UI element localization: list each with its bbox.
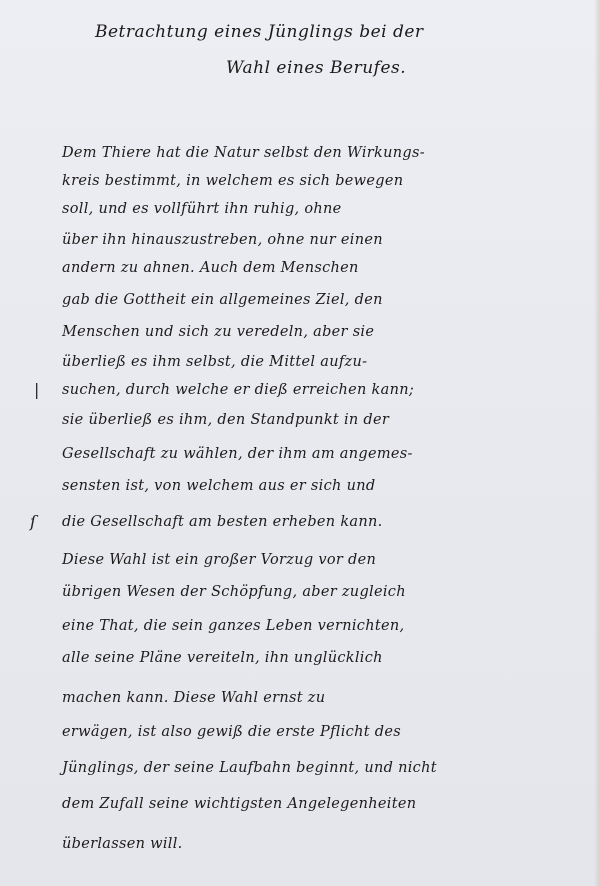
body-line: über ihn hinauszustreben, ohne nur einen xyxy=(62,232,383,248)
body-line: Diese Wahl ist ein großer Vorzug vor den xyxy=(62,552,376,568)
margin-mark: | xyxy=(34,380,39,399)
body-line: Gesellschaft zu wählen, der ihm am angem… xyxy=(62,446,413,462)
document-title-line-2: Wahl eines Berufes. xyxy=(226,58,406,78)
manuscript-page: Betrachtung eines Jünglings bei der Wahl… xyxy=(0,0,600,886)
body-line: die Gesellschaft am besten erheben kann. xyxy=(62,514,383,530)
body-line: eine That, die sein ganzes Leben vernich… xyxy=(62,618,404,634)
body-line: suchen, durch welche er dieß erreichen k… xyxy=(62,382,414,398)
body-line: erwägen, ist also gewiß die erste Pflich… xyxy=(62,724,401,740)
body-line: übrigen Wesen der Schöpfung, aber zuglei… xyxy=(62,584,406,600)
body-line: sensten ist, von welchem aus er sich und xyxy=(62,478,375,494)
body-line: alle seine Pläne vereiteln, ihn unglückl… xyxy=(62,650,383,666)
body-line: sie überließ es ihm, den Standpunkt in d… xyxy=(62,412,389,428)
body-line: Jünglings, der seine Laufbahn beginnt, u… xyxy=(62,760,437,776)
body-line: gab die Gottheit ein allgemeines Ziel, d… xyxy=(62,292,383,308)
body-line: kreis bestimmt, in welchem es sich beweg… xyxy=(62,173,403,189)
body-line: dem Zufall seine wichtigsten Angelegenhe… xyxy=(62,796,416,812)
body-line: soll, und es vollführt ihn ruhig, ohne xyxy=(62,201,342,217)
body-line: Dem Thiere hat die Natur selbst den Wirk… xyxy=(62,145,425,161)
body-line: Menschen und sich zu veredeln, aber sie xyxy=(62,324,374,340)
body-line: machen kann. Diese Wahl ernst zu xyxy=(62,690,325,706)
document-title-line-1: Betrachtung eines Jünglings bei der xyxy=(95,22,424,42)
margin-mark: ſ xyxy=(30,512,36,531)
body-line: überließ es ihm selbst, die Mittel aufzu… xyxy=(62,354,367,370)
body-line: andern zu ahnen. Auch dem Menschen xyxy=(62,260,359,276)
body-line: überlassen will. xyxy=(62,836,183,852)
